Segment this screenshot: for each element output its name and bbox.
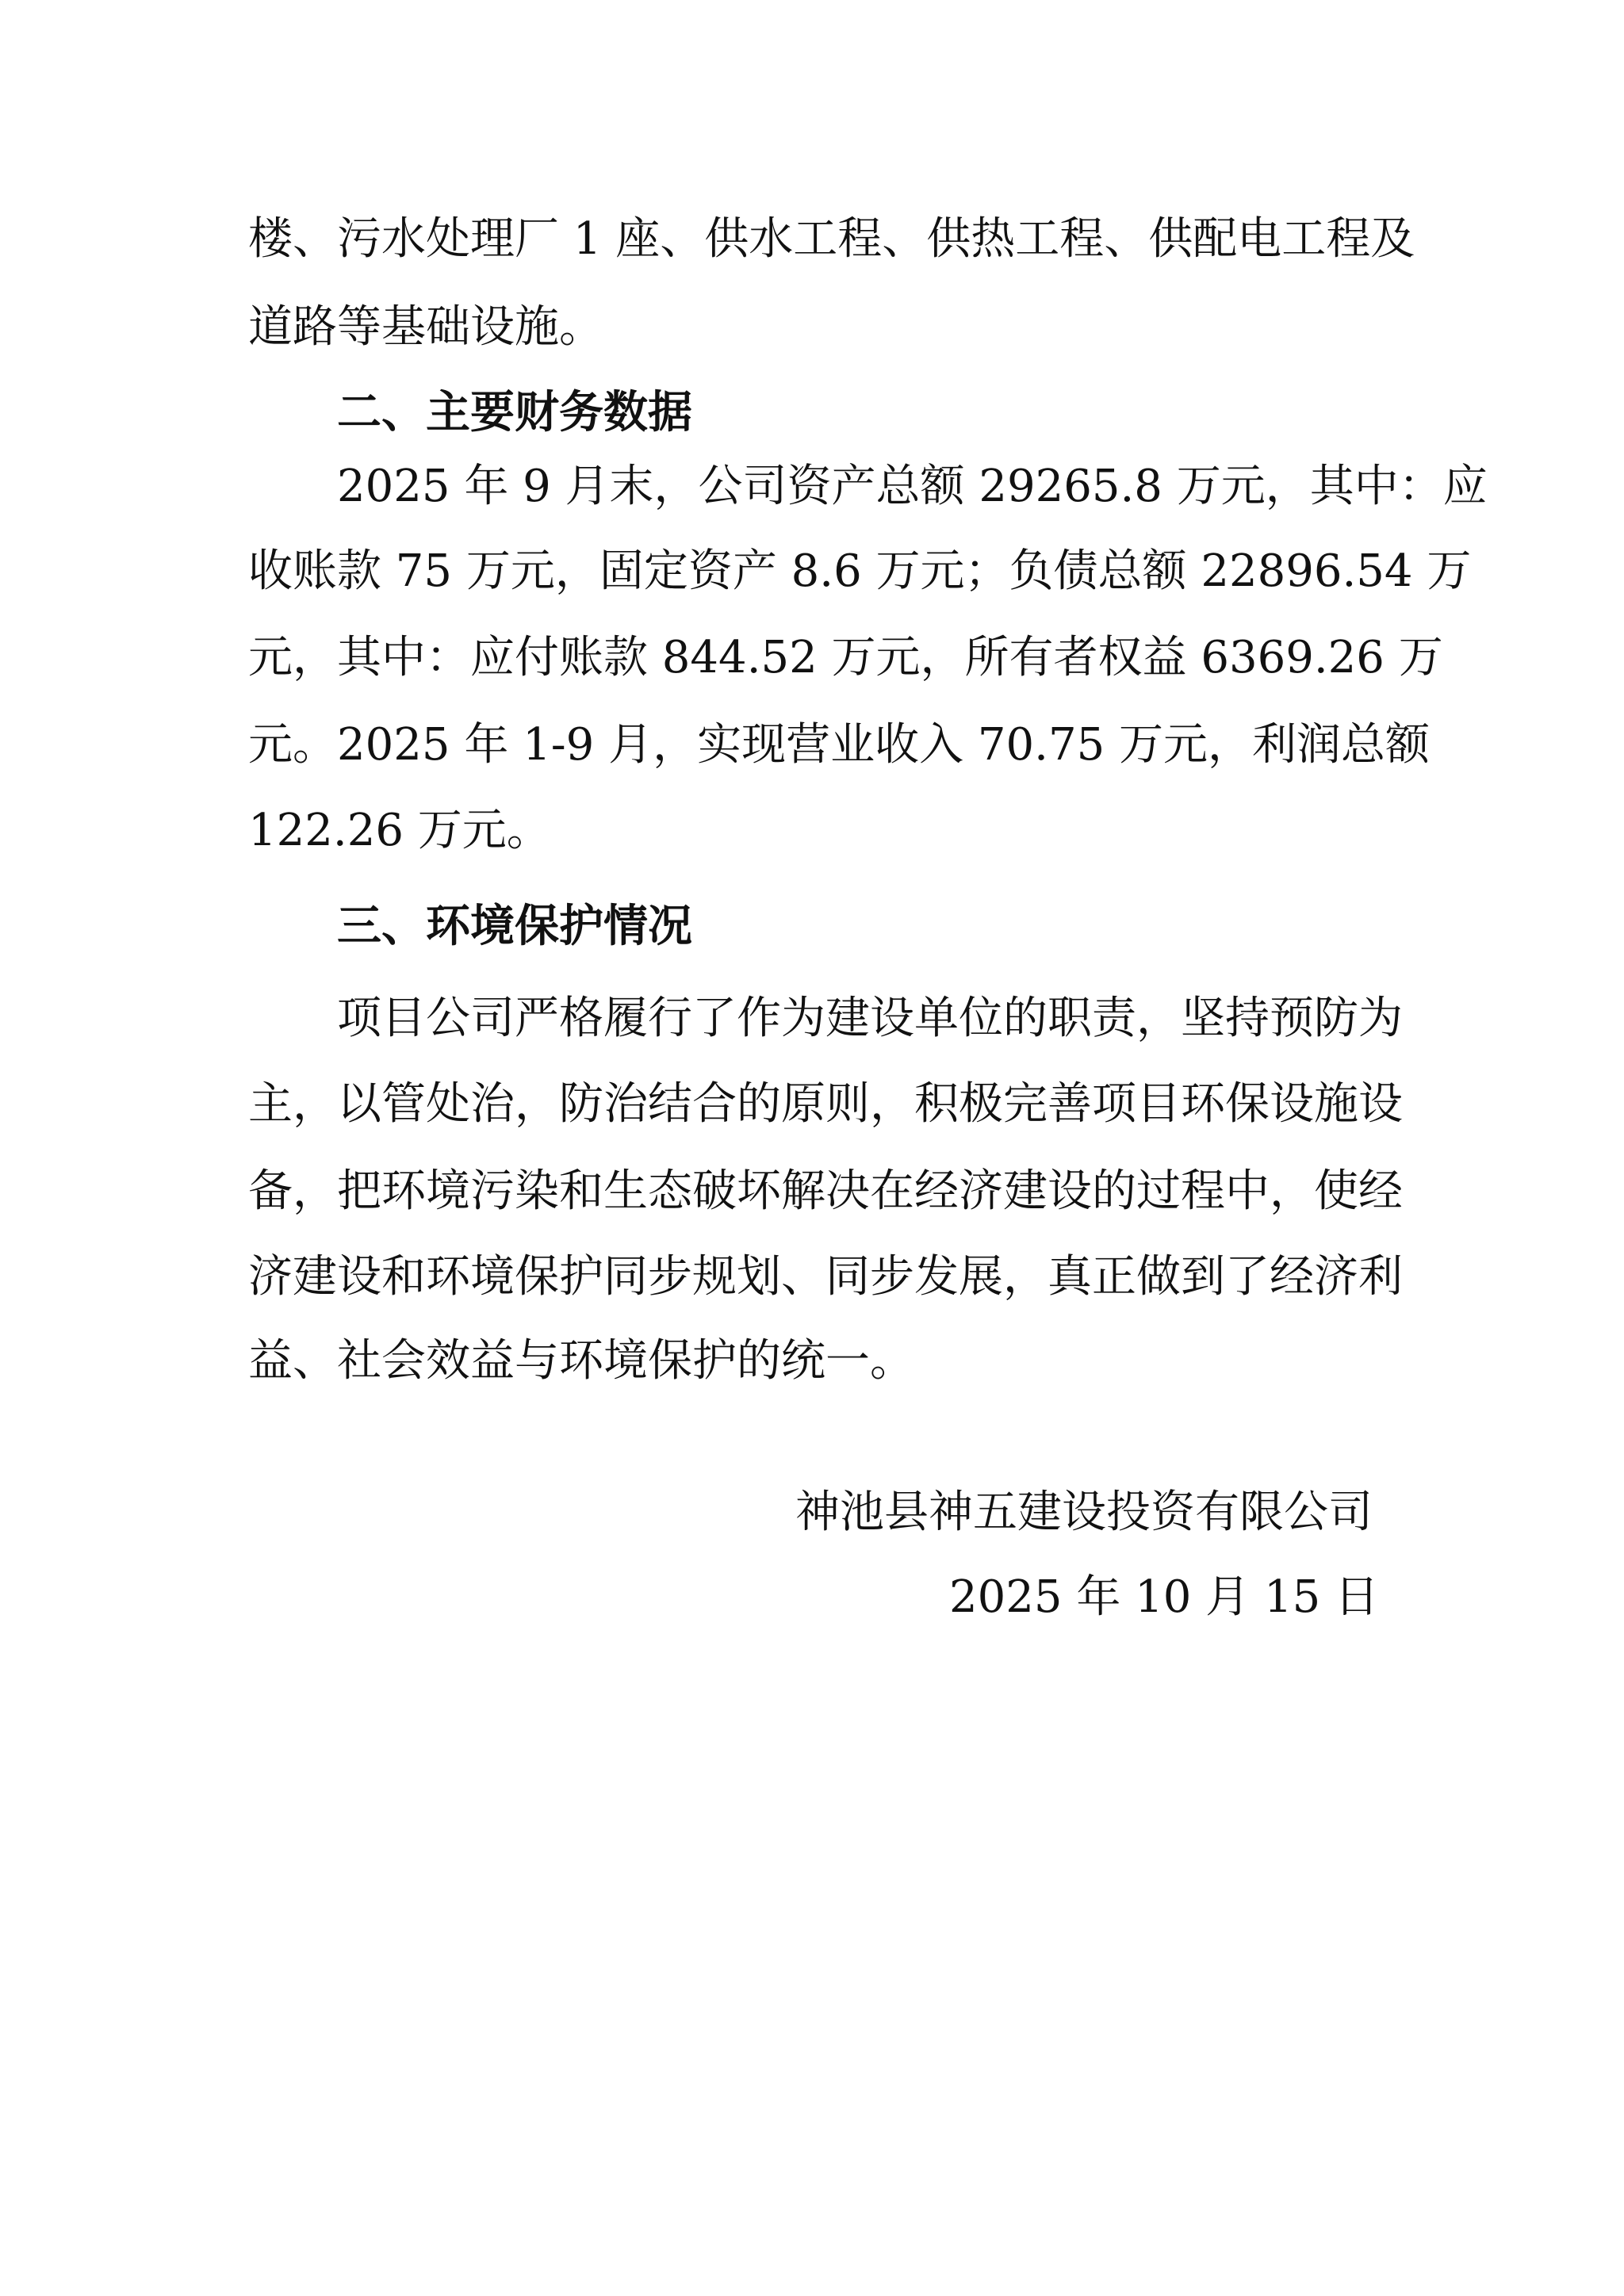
environment-paragraph-line-4: 济建设和环境保护同步规划、同步发展，真正做到了经济利 — [248, 1249, 1388, 1305]
environment-paragraph-line-5: 益、社会效益与环境保护的统一。 — [248, 1334, 1388, 1389]
environment-paragraph-line-3: 备，把环境污染和生态破坏解决在经济建设的过程中，使经 — [248, 1164, 1388, 1219]
financial-paragraph-line-4: 元。2025 年 1-9 月，实现营业收入 70.75 万元，利润总额 — [248, 717, 1388, 773]
section-heading-environmental-protection: 三、环境保护情况 — [337, 899, 692, 955]
intro-line-2: 道路等基础设施。 — [248, 300, 1388, 355]
environment-paragraph-line-2: 主，以管处治，防治结合的原则，积极完善项目环保设施设 — [248, 1077, 1388, 1132]
section-heading-financial-data: 二、主要财务数据 — [337, 385, 692, 441]
document-page: 楼、污水处理厂 1 座、供水工程、供热工程、供配电工程及 道路等基础设施。 二、… — [0, 0, 1624, 2296]
financial-paragraph-line-3: 元，其中：应付账款 844.52 万元，所有者权益 6369.26 万 — [248, 630, 1388, 686]
financial-paragraph-line-1: 2025 年 9 月末，公司资产总额 29265.8 万元，其中：应 — [337, 459, 1388, 515]
intro-line-1: 楼、污水处理厂 1 座、供水工程、供热工程、供配电工程及 — [248, 212, 1388, 267]
financial-paragraph-line-2: 收账款 75 万元，固定资产 8.6 万元；负债总额 22896.54 万 — [248, 544, 1388, 599]
signature-date: 2025 年 10 月 15 日 — [949, 1570, 1304, 1625]
environment-paragraph-line-1: 项目公司严格履行了作为建设单位的职责，坚持预防为 — [337, 991, 1388, 1047]
financial-paragraph-line-5: 122.26 万元。 — [248, 803, 1388, 859]
signature-company: 神池县神五建设投资有限公司 — [795, 1485, 1363, 1540]
